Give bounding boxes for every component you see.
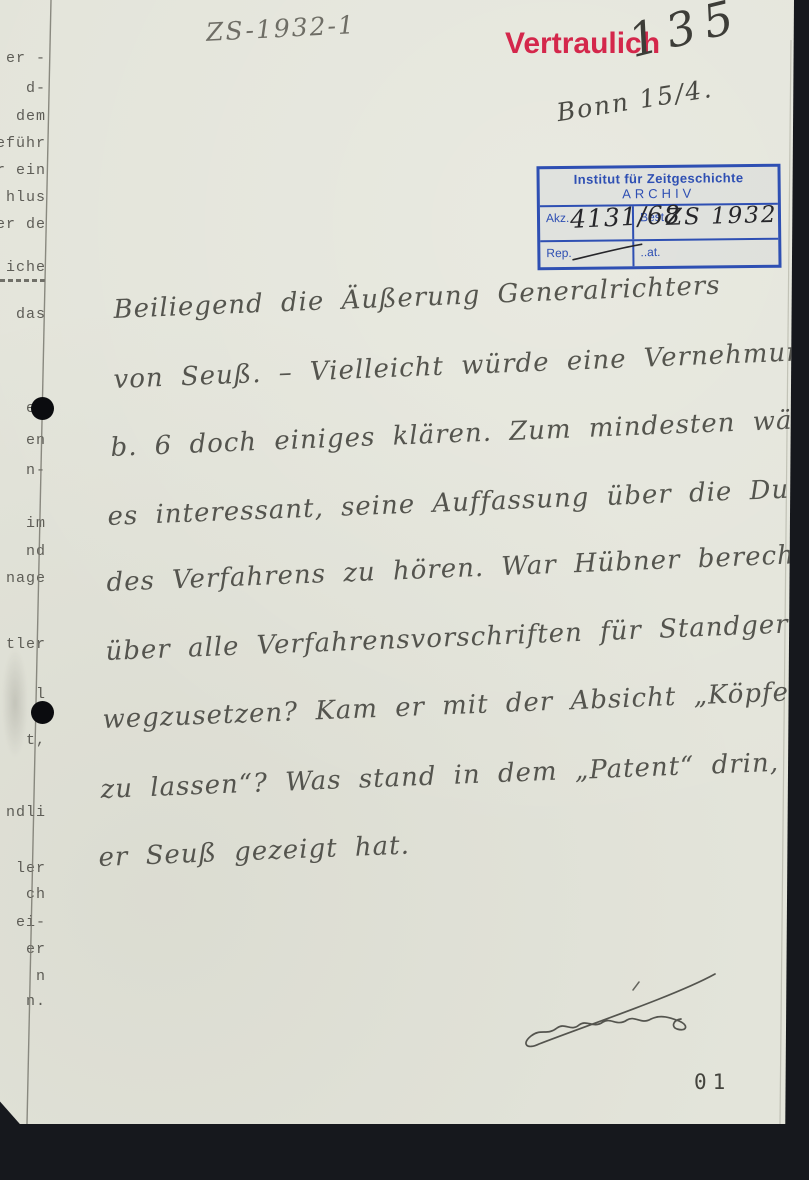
typewritten-fragment: ch — [26, 886, 46, 903]
typewritten-fragment: en — [26, 432, 46, 449]
handwritten-date: Bonn 15/4. — [555, 74, 715, 127]
typewritten-fragment: t, — [26, 732, 46, 749]
typewritten-fragment: n — [36, 968, 46, 985]
typewritten-fragment: nd — [26, 543, 46, 560]
akz-cell: Akz. 4131/68 — [540, 206, 634, 240]
typewritten-fragment: ndli — [6, 804, 46, 821]
typewritten-fragment: hlus — [6, 189, 46, 206]
folio-number-handwritten: 135 — [623, 0, 747, 68]
hole-punch — [31, 701, 54, 724]
akz-value-handwritten: 4131/68 — [569, 200, 681, 234]
dat-cell: ..at. — [634, 240, 778, 267]
typewritten-fragment: tler — [6, 636, 46, 653]
underlying-page-strip: er -d-demeführr einhluser deichedaserenn… — [0, 0, 50, 1124]
akz-label: Akz. — [546, 211, 569, 225]
typewritten-fragment: nage — [6, 570, 46, 587]
typewritten-fragment: n- — [26, 462, 46, 479]
best-value-handwritten: ZS 1932 — [666, 202, 778, 231]
typewritten-fragment: im — [26, 515, 46, 532]
paragraph-separator-line — [0, 279, 47, 282]
hole-punch — [31, 397, 54, 420]
scanned-document: er -d-demeführr einhluser deichedaserenn… — [0, 0, 809, 1180]
typewritten-fragment: ei- — [16, 914, 46, 931]
page-number-stamp: 01 — [694, 1070, 731, 1094]
pencil-file-reference: ZS-1932-1 — [205, 10, 356, 47]
typewritten-fragment: das — [16, 306, 46, 323]
signature-scrawl — [515, 968, 730, 1063]
typewritten-fragment: n. — [26, 993, 46, 1010]
typewritten-fragment: er de — [0, 216, 46, 233]
rep-cell: Rep. — [540, 241, 634, 267]
typewritten-fragment: er - — [6, 50, 46, 67]
letter-page: er -d-demeführr einhluser deichedaserenn… — [0, 0, 794, 1124]
letter-body-line: wegzusetzen? Kam er mit der Absicht „Köp… — [102, 673, 809, 735]
letter-body-line: des Verfahrens zu hören. War Hübner bere… — [106, 535, 809, 598]
typewritten-fragment: d- — [26, 80, 46, 97]
letter-body-line: über alle Verfahrensvorschriften für Sta… — [105, 604, 809, 667]
letter-body-line: Beiliegend die Äußerung Generalrichters — [113, 271, 721, 325]
typewritten-fragment: r ein — [0, 162, 46, 179]
typewritten-fragment: eführ — [0, 135, 46, 152]
dat-label: ..at. — [640, 245, 660, 259]
typewritten-fragment: er — [26, 941, 46, 958]
ink-smudge — [2, 648, 28, 758]
archive-stamp-title: Institut für Zeitgeschichte — [539, 167, 777, 187]
archive-stamp: Institut für Zeitgeschichte ARCHIV Akz. … — [536, 164, 781, 271]
typewritten-fragment: ler — [16, 860, 46, 877]
letter-body-line: er Seuß gezeigt hat. — [98, 831, 410, 873]
letter-body-line: zu lassen“? Was stand in dem „Patent“ dr… — [100, 745, 809, 805]
letter-body-line: es interessant, seine Auffassung über di… — [107, 468, 809, 532]
letter-body-line: b. 6 doch einiges klären. Zum mindesten … — [110, 404, 809, 463]
typewritten-fragment: dem — [16, 108, 46, 125]
letter-body-line: von Seuß. – Vielleicht würde eine Verneh… — [113, 337, 809, 395]
typewritten-fragment: iche — [6, 259, 46, 276]
